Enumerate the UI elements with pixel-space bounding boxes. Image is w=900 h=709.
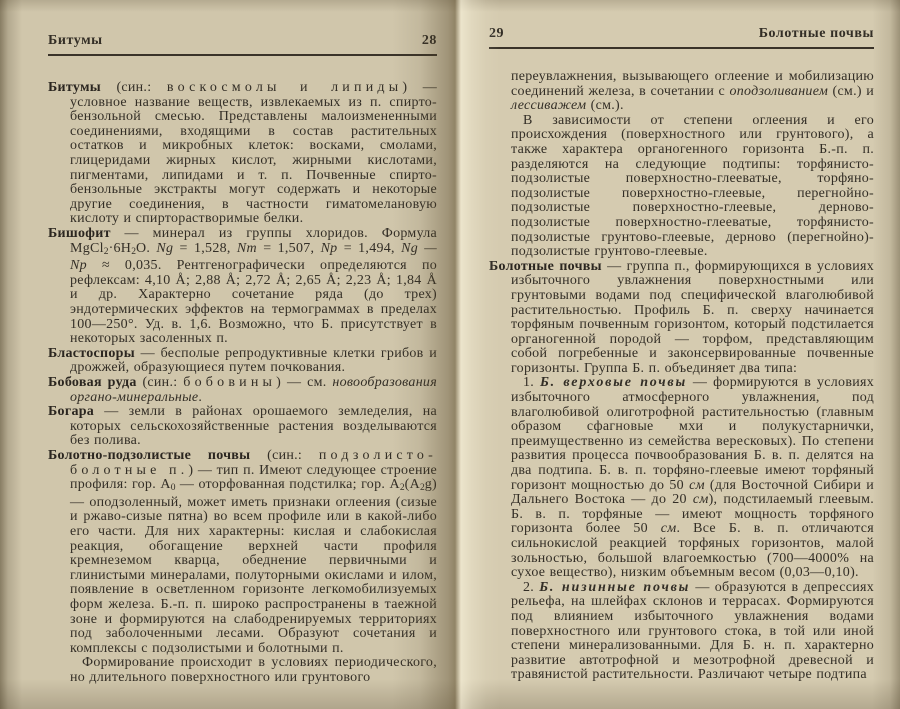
- right-page-body: переувлажнения, вызывающего оглеение и м…: [489, 70, 874, 683]
- text-segment: лессиважем: [511, 98, 586, 113]
- text-segment: Np: [321, 241, 338, 256]
- text-segment: ) — условное название веществ, извлекаем…: [70, 80, 437, 226]
- entry-headword: Бобовая руда: [48, 375, 137, 390]
- text-segment: 1.: [523, 375, 540, 390]
- text-segment: (син.:: [101, 80, 167, 95]
- text-segment: (см.) и: [828, 84, 874, 99]
- paragraph: переувлажнения, вызывающего оглеение и м…: [489, 70, 874, 114]
- text-segment: — земли в районах орошаемого земледелия,…: [70, 404, 437, 448]
- text-segment: бобовины: [183, 375, 276, 390]
- text-segment: .: [198, 390, 202, 405]
- paragraph: Формирование происходит в условиях перио…: [48, 656, 437, 685]
- text-segment: ) — см.: [276, 375, 332, 390]
- text-segment: Формирование происходит в условиях перио…: [70, 655, 437, 685]
- text-segment: Nm: [237, 241, 257, 256]
- text-segment: В зависимости от степени оглеения и его …: [511, 113, 874, 259]
- running-head-right-title: Болотные почвы: [759, 26, 874, 42]
- dictionary-entry: Бобовая руда (син.: бобовины) — см. ново…: [48, 376, 437, 405]
- dictionary-entry: Болотные почвы — группа п., формирующихс…: [489, 260, 874, 377]
- text-segment: — группа п., формирующихся в условиях из…: [511, 259, 874, 376]
- running-head-left-title: Битумы: [48, 33, 103, 49]
- text-segment: (см.).: [586, 98, 623, 113]
- left-page-body: Битумы (син.: воскосмолы и липиды) — усл…: [48, 81, 437, 686]
- text-segment: = 1,494,: [337, 241, 401, 256]
- paragraph: 2. Б. низинные почвы — образуются в депр…: [489, 581, 874, 683]
- text-segment: O.: [136, 241, 156, 256]
- text-segment: воскосмолы и липиды: [167, 80, 402, 95]
- paragraph: В зависимости от степени оглеения и его …: [489, 114, 874, 260]
- text-segment: = 1,507,: [257, 241, 321, 256]
- text-segment: (син.:: [137, 375, 184, 390]
- header-rule-left: [48, 54, 437, 56]
- entry-headword: Болотно-подзолистые почвы: [48, 448, 250, 463]
- dictionary-entry: Бишофит — минерал из группы хлоридов. Фо…: [48, 227, 437, 347]
- text-segment: (син.:: [250, 448, 318, 463]
- page-number-right: 29: [489, 26, 504, 42]
- text-segment: g) — оподзоленный, может иметь признаки …: [70, 477, 437, 656]
- left-page-header: Битумы 28: [48, 33, 437, 49]
- text-segment: см: [661, 521, 677, 536]
- text-segment: 2.: [523, 580, 539, 595]
- entry-headword: Бластоспоры: [48, 346, 135, 361]
- page-right: 29 Болотные почвы переувлажнения, вызыва…: [456, 0, 900, 709]
- text-segment: — оторфованная подстилка; гор. A: [175, 477, 399, 492]
- dictionary-entry: Болотно-подзолистые почвы (син.: подзоли…: [48, 449, 437, 656]
- page-left: Битумы 28 Битумы (син.: воскосмолы и лип…: [0, 0, 456, 709]
- text-segment: Б. низинные почвы: [539, 580, 690, 595]
- paragraph: 1. Б. верховые почвы — формируются в усл…: [489, 376, 874, 580]
- text-segment: ≈ 0,035. Рентгенографически определяются…: [70, 258, 437, 346]
- entry-headword: Болотные почвы: [489, 259, 602, 274]
- text-segment: (A: [405, 477, 420, 492]
- text-segment: Б. верховые почвы: [540, 375, 687, 390]
- book-spread: Битумы 28 Битумы (син.: воскосмолы и лип…: [0, 0, 900, 709]
- entry-headword: Богара: [48, 404, 94, 419]
- header-rule-right: [489, 47, 874, 49]
- text-segment: ·6H: [109, 241, 132, 256]
- entry-headword: Битумы: [48, 80, 101, 95]
- text-segment: оподзоливанием: [729, 84, 828, 99]
- text-segment: — образуются в депрессиях рельефа, на шл…: [511, 580, 874, 683]
- text-segment: = 1,528,: [173, 241, 237, 256]
- dictionary-entry: Богара — земли в районах орошаемого земл…: [48, 405, 437, 449]
- text-segment: см: [693, 492, 709, 507]
- dictionary-entry: Бластоспоры — бесполые репродуктивные кл…: [48, 347, 437, 376]
- entry-headword: Бишофит: [48, 226, 111, 241]
- right-page-header: 29 Болотные почвы: [489, 26, 874, 42]
- text-segment: Ng: [156, 241, 173, 256]
- text-segment: см: [689, 478, 705, 493]
- text-segment: — формируются в условиях избыточного атм…: [511, 375, 874, 492]
- page-number-left: 28: [422, 33, 437, 49]
- dictionary-entry: Битумы (син.: воскосмолы и липиды) — усл…: [48, 81, 437, 227]
